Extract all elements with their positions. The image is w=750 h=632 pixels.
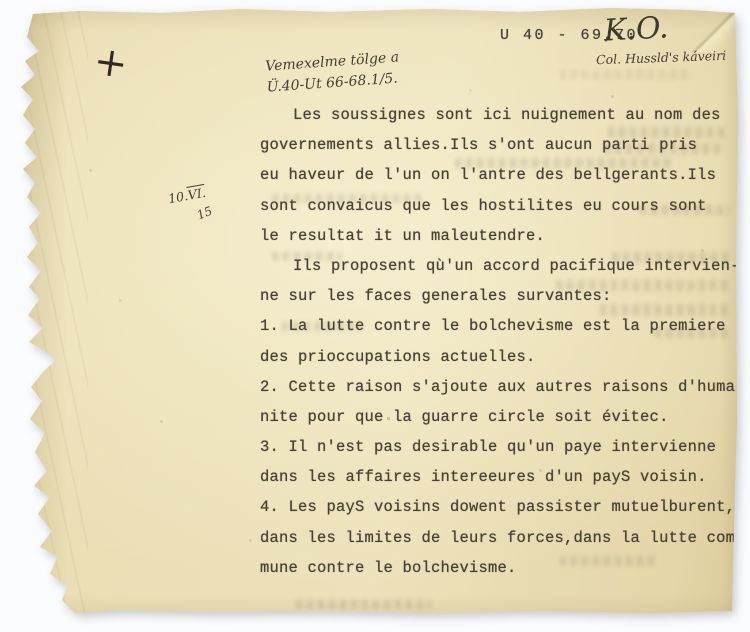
typewritten-line: dans les limites de leurs forces,dans la…	[260, 523, 740, 553]
bleedthrough-mark	[296, 600, 431, 609]
typewritten-line: des prioccupations actuelles.	[260, 342, 740, 372]
typewritten-line: sont convaicus que les hostilites eu cou…	[260, 191, 740, 221]
typewritten-line: 4. Les payS voisins dowent passister mut…	[260, 492, 740, 522]
handwritten-sub-annotation: Col. Hussld's káveiri	[596, 48, 727, 68]
date-day: 10.	[167, 188, 189, 206]
typewritten-line: governements allies.Ils s'ont aucun part…	[260, 130, 740, 160]
typewritten-line: 1. La lutte contre le bolchevisme est la…	[260, 311, 740, 341]
typewritten-body: Les soussignes sont ici nuignement au no…	[260, 100, 740, 583]
corner-fold	[692, 8, 744, 52]
handwritten-date-year: 15	[195, 204, 214, 223]
typewritten-line: 2. Cette raison s'ajoute aux autres rais…	[260, 372, 740, 402]
typewritten-line: 3. Il n'est pas desirable qu'un paye int…	[260, 432, 740, 462]
torn-edge-wrinkles	[18, 0, 88, 632]
typewritten-line: mune contre le bolchevisme.	[260, 553, 740, 583]
handwritten-initials: K.O.	[603, 10, 669, 48]
typewritten-line: le resultat it un maleutendre.	[260, 221, 740, 251]
typewritten-line: nite pour que la guarre circle soit évit…	[260, 402, 740, 432]
typewritten-line: Ils proposent qù'un accord pacifique int…	[260, 251, 740, 281]
typewritten-line: dans les affaires intereeures d'un payS …	[260, 462, 740, 492]
scanned-page-wrapper: U 40 - 69,70 K.O. Col. Hussld's káveiri …	[0, 0, 750, 632]
typewritten-line: eu haveur de l'un on l'antre des bellger…	[260, 160, 740, 190]
paper-speckles	[0, 0, 1, 1]
handwritten-cross-mark: +	[91, 38, 131, 88]
typewritten-line: Les soussignes sont ici nuignement au no…	[260, 100, 740, 130]
handwritten-date-mark: 10.VI.	[167, 185, 207, 206]
document-page: U 40 - 69,70 K.O. Col. Hussld's káveiri …	[0, 0, 750, 632]
handwritten-registry-note: Vemexelme tölge a Ü.40-Ut 66-68.1/5.	[265, 47, 402, 98]
date-month-roman: VI.	[187, 185, 207, 203]
bleedthrough-mark	[560, 70, 690, 79]
typewritten-line: ne sur les faces generales survantes:	[260, 281, 740, 311]
